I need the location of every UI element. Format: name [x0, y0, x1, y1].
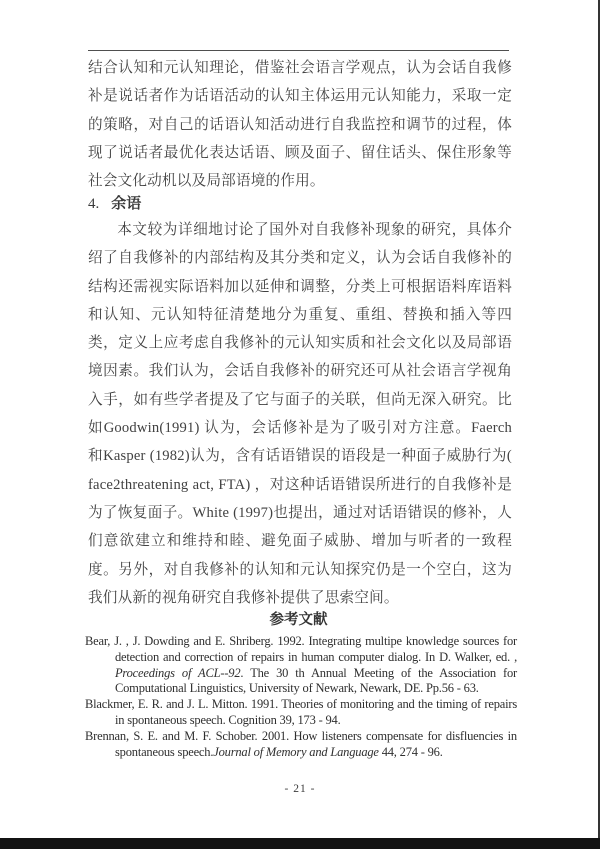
- header-rule: [88, 50, 509, 51]
- page-number: - 21 -: [0, 783, 600, 795]
- reference-text: Bear, J. , J. Dowding and E. Shriberg. 1…: [85, 634, 517, 664]
- references-list: Bear, J. , J. Dowding and E. Shriberg. 1…: [85, 634, 517, 760]
- scan-bottom-edge: [0, 838, 600, 849]
- reference-journal-italic: Proceedings of ACL--92: [115, 666, 240, 680]
- section-title: 余语: [111, 196, 141, 212]
- reference-journal-italic: Journal of Memory and Language: [213, 745, 379, 759]
- section-heading: 4.余语: [88, 193, 141, 215]
- references-heading: 参考文献: [88, 610, 509, 630]
- section-number: 4.: [88, 196, 99, 212]
- reference-item: Brennan, S. E. and M. F. Schober. 2001. …: [85, 729, 517, 761]
- reference-item: Bear, J. , J. Dowding and E. Shriberg. 1…: [85, 634, 517, 697]
- reference-text: Blackmer, E. R. and J. L. Mitton. 1991. …: [85, 697, 517, 727]
- continuation-paragraph: 结合认知和元认知理论，借鉴社会语言学观点，认为会话自我修补是说话者作为话语活动的…: [88, 54, 512, 195]
- reference-item: Blackmer, E. R. and J. L. Mitton. 1991. …: [85, 697, 517, 729]
- document-page: 结合认知和元认知理论，借鉴社会语言学观点，认为会话自我修补是说话者作为话语活动的…: [0, 0, 600, 849]
- reference-text: 44, 274 - 96.: [379, 745, 443, 759]
- section-paragraph: 本文较为详细地讨论了国外对自我修补现象的研究，具体介绍了自我修补的内部结构及其分…: [88, 216, 512, 612]
